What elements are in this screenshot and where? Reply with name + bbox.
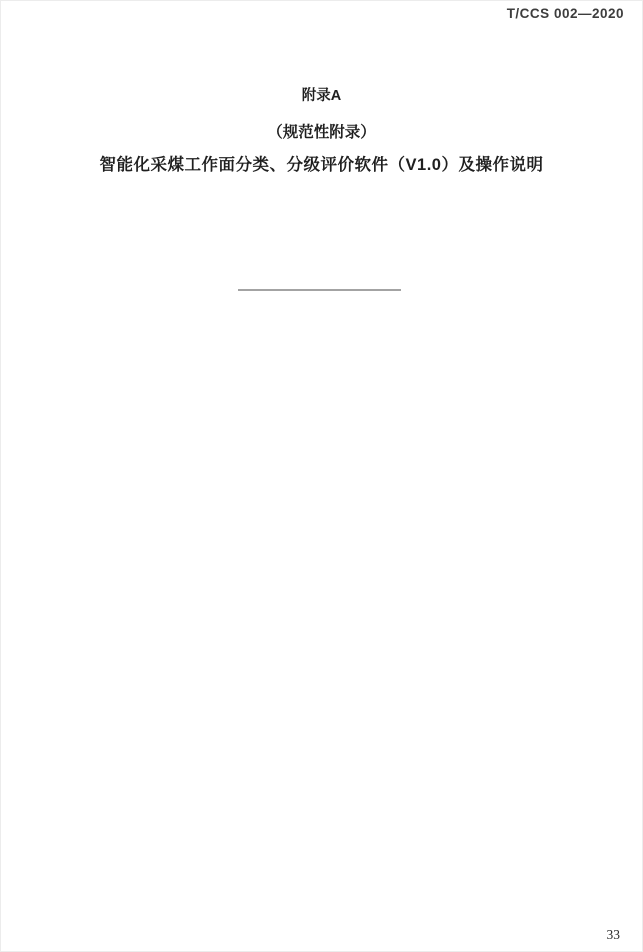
document-code-header: T/CCS 002—2020 [507,6,624,21]
horizontal-divider [238,289,401,291]
document-page: T/CCS 002—2020 附录A （规范性附录） 智能化采煤工作面分类、分级… [0,0,643,952]
appendix-type: （规范性附录） [1,123,642,142]
appendix-label: 附录A [1,87,642,105]
appendix-heading-block: 附录A （规范性附录） 智能化采煤工作面分类、分级评价软件（V1.0）及操作说明 [1,87,642,176]
appendix-title: 智能化采煤工作面分类、分级评价软件（V1.0）及操作说明 [1,154,642,176]
page-number: 33 [607,927,621,943]
